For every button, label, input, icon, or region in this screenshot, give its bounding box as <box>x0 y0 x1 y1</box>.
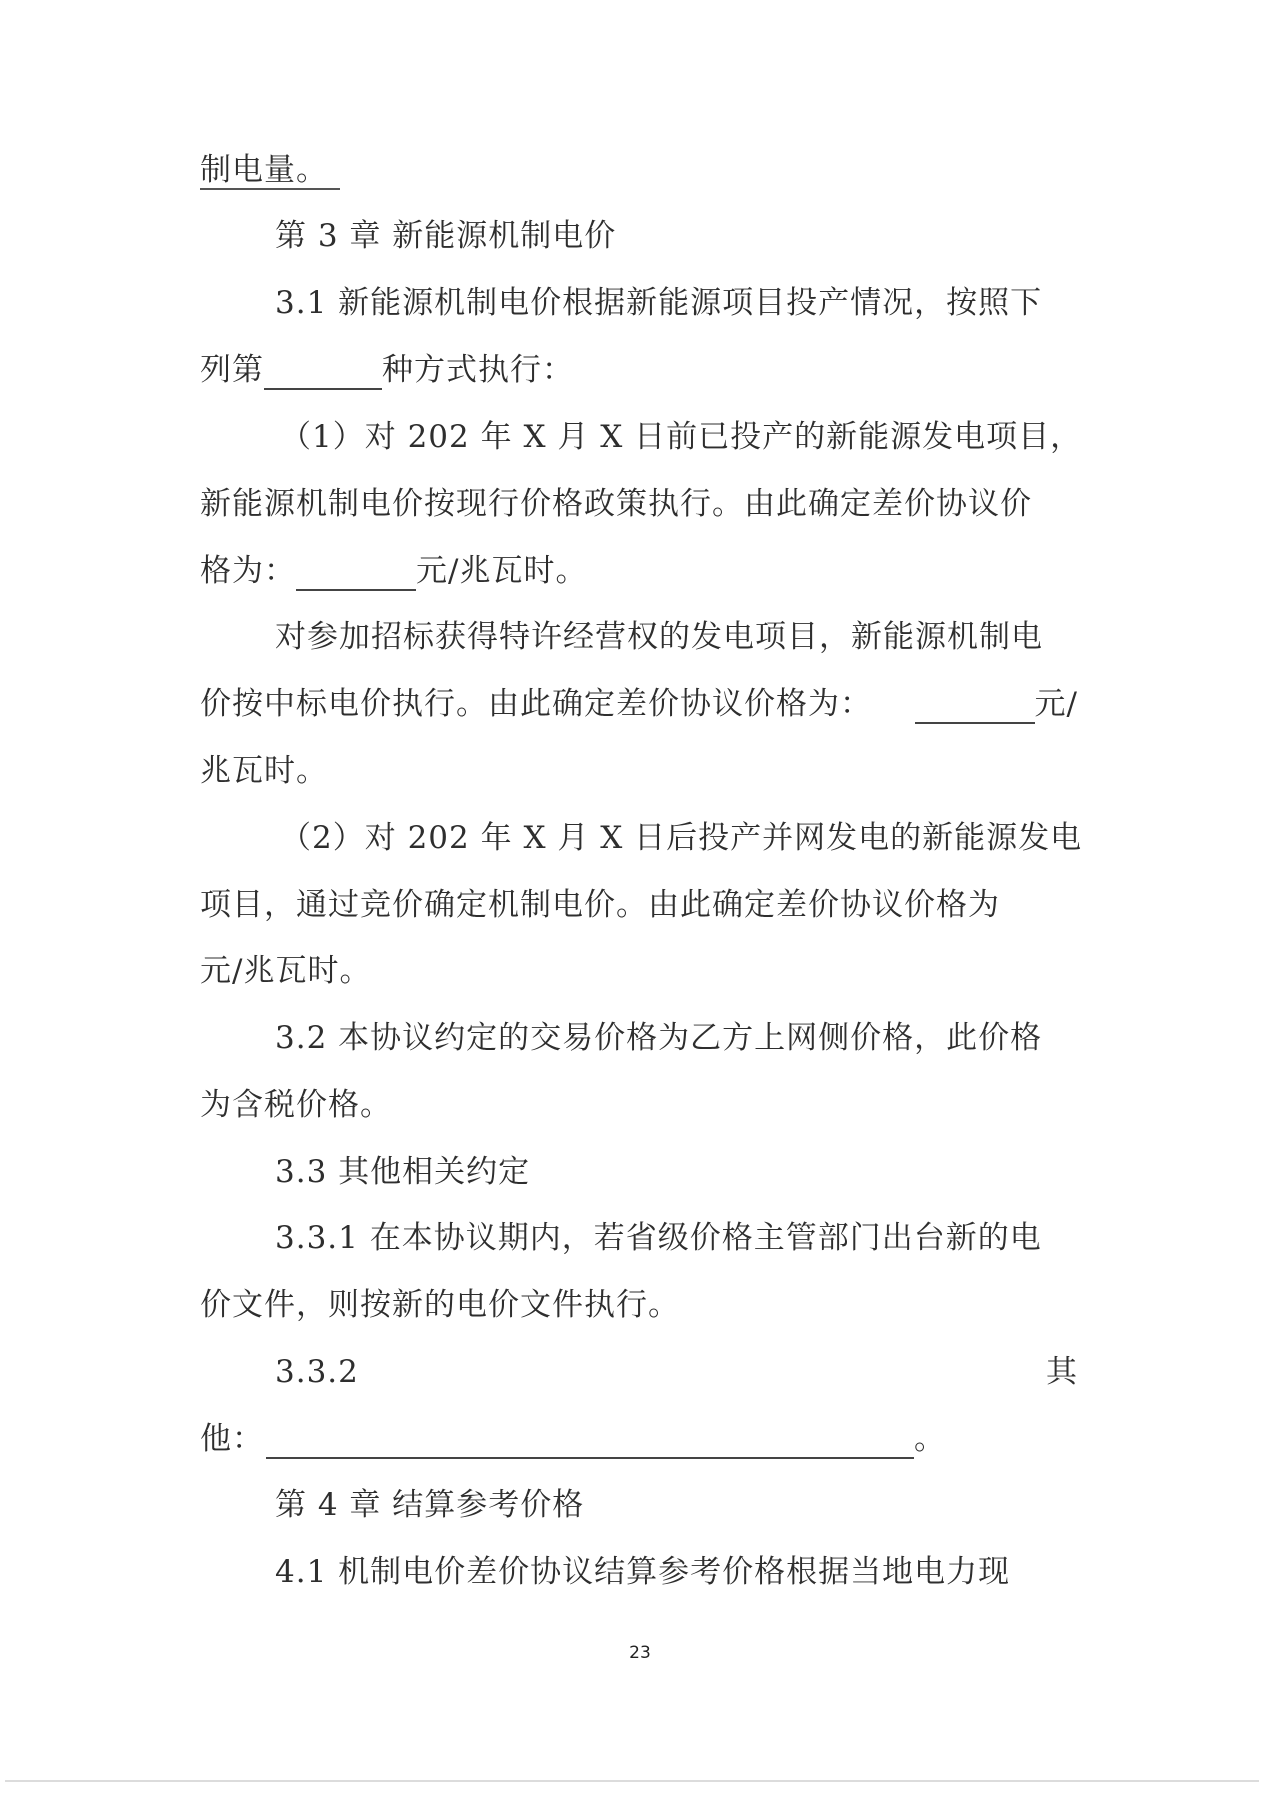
paragraph-line: 价文件，则按新的电价文件执行。 <box>200 1285 1078 1325</box>
text-segment: 价按中标电价执行。由此确定差价协议价格为： <box>200 684 872 724</box>
text-segment: 元/ <box>1035 686 1078 722</box>
paragraph-line: 制电量。 <box>200 150 1078 190</box>
scan-edge-divider <box>5 1780 1259 1782</box>
paragraph-line: 价按中标电价执行。由此确定差价协议价格为： 元/ <box>200 684 1078 724</box>
paragraph-line: 新能源机制电价按现行价格政策执行。由此确定差价协议价 <box>200 484 1078 524</box>
clause-3-3: 3.3 其他相关约定 <box>275 1152 1078 1192</box>
text-segment-group: 元/ <box>915 684 1078 724</box>
paragraph-line: 列第种方式执行： <box>200 350 1078 390</box>
price-tender-blank[interactable] <box>915 688 1035 724</box>
clause-3-1-item-1: （1）对 202 年 X 月 X 日前已投产的新能源发电项目， <box>280 417 1078 457</box>
clause-3-2: 3.2 本协议约定的交易价格为乙方上网侧价格，此价格 <box>275 1018 1078 1058</box>
text-segment: 3.3.2 <box>275 1352 359 1392</box>
document-page: 制电量。 第 3 章 新能源机制电价 3.1 新能源机制电价根据新能源项目投产情… <box>0 0 1269 1794</box>
text-segment: 其 <box>1046 1352 1078 1392</box>
text-segment: 种方式执行： <box>382 352 574 388</box>
method-number-blank[interactable] <box>264 354 382 390</box>
clause-3-1: 3.1 新能源机制电价根据新能源项目投产情况，按照下 <box>275 283 1078 323</box>
clause-4-1: 4.1 机制电价差价协议结算参考价格根据当地电力现 <box>275 1552 1078 1592</box>
paragraph-line: 对参加招标获得特许经营权的发电项目，新能源机制电 <box>275 617 1078 657</box>
chapter-4-heading: 第 4 章 结算参考价格 <box>275 1485 1078 1525</box>
text-segment: 列第 <box>200 352 264 388</box>
text-segment: 格为： <box>200 553 296 589</box>
text-segment: 。 <box>914 1421 946 1457</box>
clause-3-1-item-2: （2）对 202 年 X 月 X 日后投产并网发电的新能源发电 <box>280 818 1078 858</box>
paragraph-line: 元/兆瓦时。 <box>200 951 1078 991</box>
text-segment: 元/兆瓦时。 <box>416 553 587 589</box>
price-existing-blank[interactable] <box>296 555 416 591</box>
underlined-text: 制电量。 <box>200 152 340 190</box>
text-segment: 他： <box>200 1421 264 1457</box>
clause-3-3-2: 3.3.2 其 <box>275 1352 1078 1392</box>
page-number: 23 <box>620 1643 660 1663</box>
chapter-3-heading: 第 3 章 新能源机制电价 <box>275 216 1078 256</box>
clause-3-3-1: 3.3.1 在本协议期内，若省级价格主管部门出台新的电 <box>275 1218 1078 1258</box>
paragraph-line: 他：。 <box>200 1419 1078 1459</box>
paragraph-line: 为含税价格。 <box>200 1085 1078 1125</box>
paragraph-line: 格为：元/兆瓦时。 <box>200 551 1078 591</box>
paragraph-line: 兆瓦时。 <box>200 751 1078 791</box>
other-terms-blank[interactable] <box>266 1423 914 1459</box>
paragraph-line: 项目，通过竞价确定机制电价。由此确定差价协议价格为 <box>200 885 1078 925</box>
